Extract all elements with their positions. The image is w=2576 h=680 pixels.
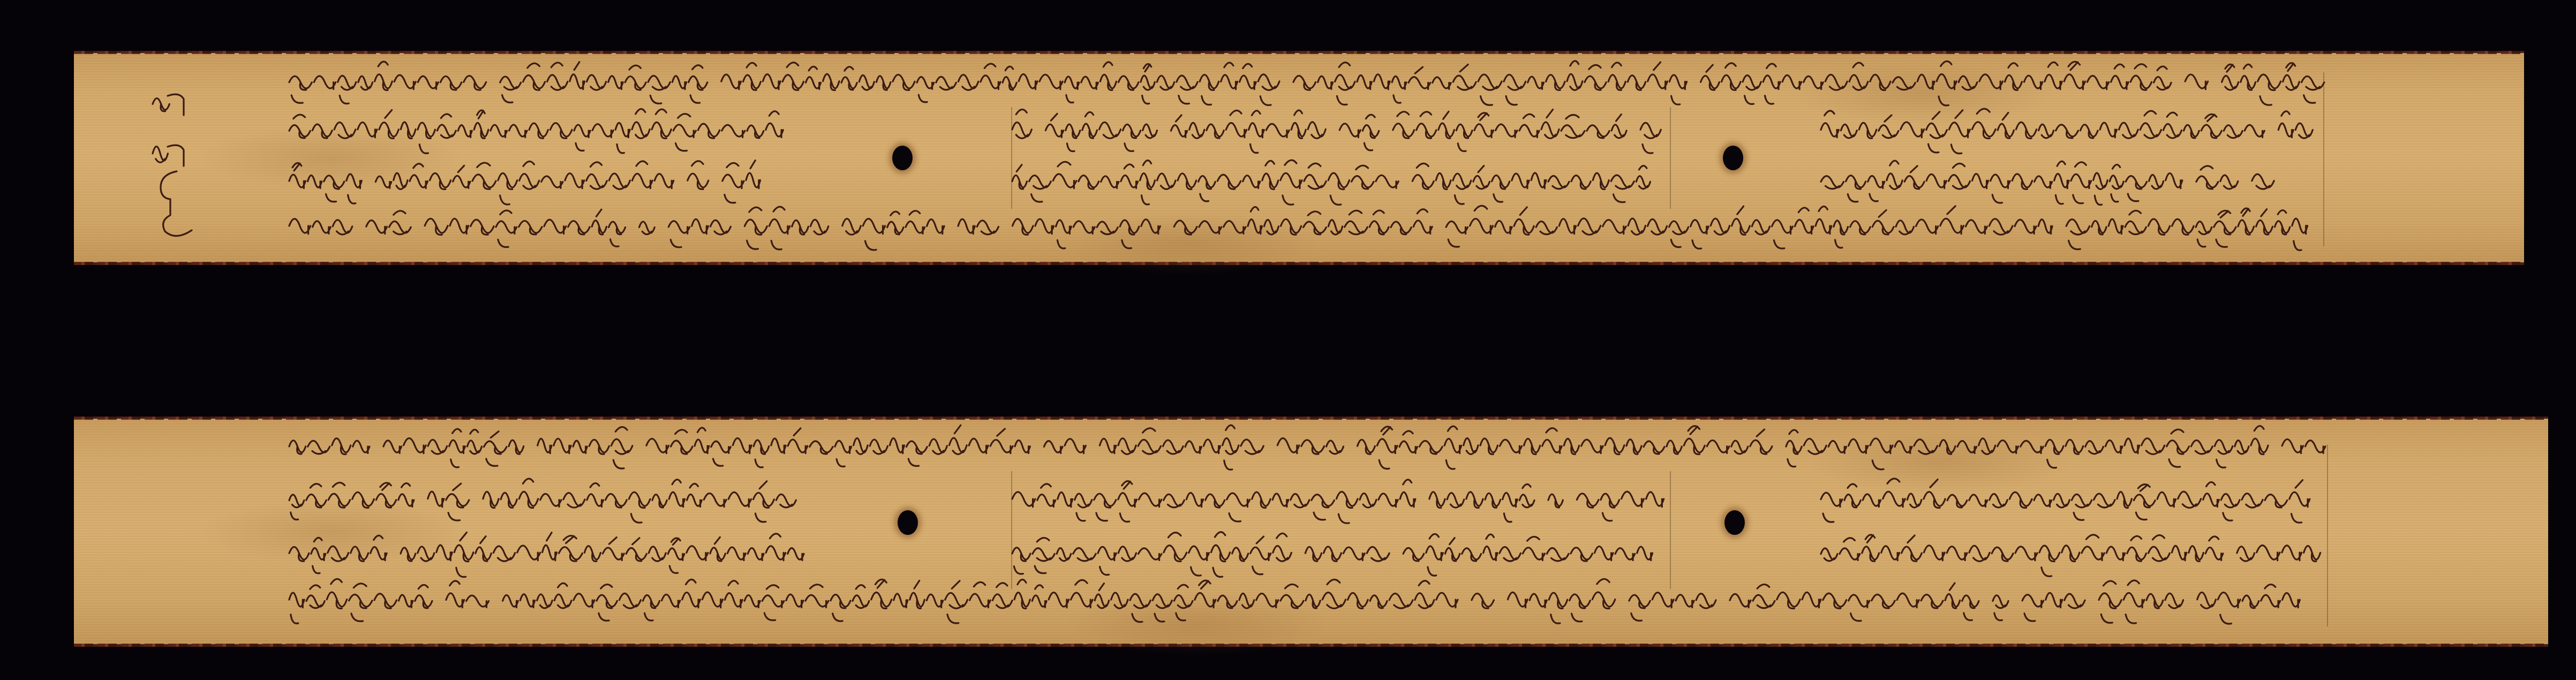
manuscript-text-line: [Balinese script, full-width line 1]	[289, 428, 2324, 482]
manuscript-text-line: [Balinese script, col 1 line 2]	[289, 482, 814, 535]
ruling-line	[2327, 444, 2328, 626]
binding-hole	[898, 510, 918, 535]
manuscript-text-line: [Balinese script, full-width line 4]	[289, 209, 2324, 262]
ruling-line	[1670, 107, 1671, 209]
manuscript-text-line: [Balinese script, col 3 line 2]	[1821, 482, 2324, 535]
manuscript-text-line: [Balinese script, col 2 line 2]	[1012, 112, 1668, 166]
manuscript-text-line: [Balinese script, full-width line 1]	[289, 64, 2319, 118]
manuscript-text-line: [Balinese script, col 1 line 2]	[289, 112, 787, 166]
binding-hole	[1723, 146, 1743, 170]
manuscript-text-line: [Balinese script, col 3 line 2]	[1821, 112, 2319, 166]
manuscript-text-line: [Balinese script, col 2 line 2]	[1012, 482, 1668, 535]
binding-hole	[892, 146, 913, 170]
manuscript-text-line: [Balinese script, col 2 line 3]	[1012, 535, 1668, 589]
manuscript-text-line: [Balinese script, col 3 line 3]	[1821, 535, 2324, 589]
leaf-number-mark: ᬗ	[155, 171, 198, 236]
ruling-line	[1670, 471, 1671, 589]
binding-hole	[1724, 510, 1745, 535]
manuscript-text-line: [Balinese script, full-width line 4]	[289, 583, 2324, 636]
